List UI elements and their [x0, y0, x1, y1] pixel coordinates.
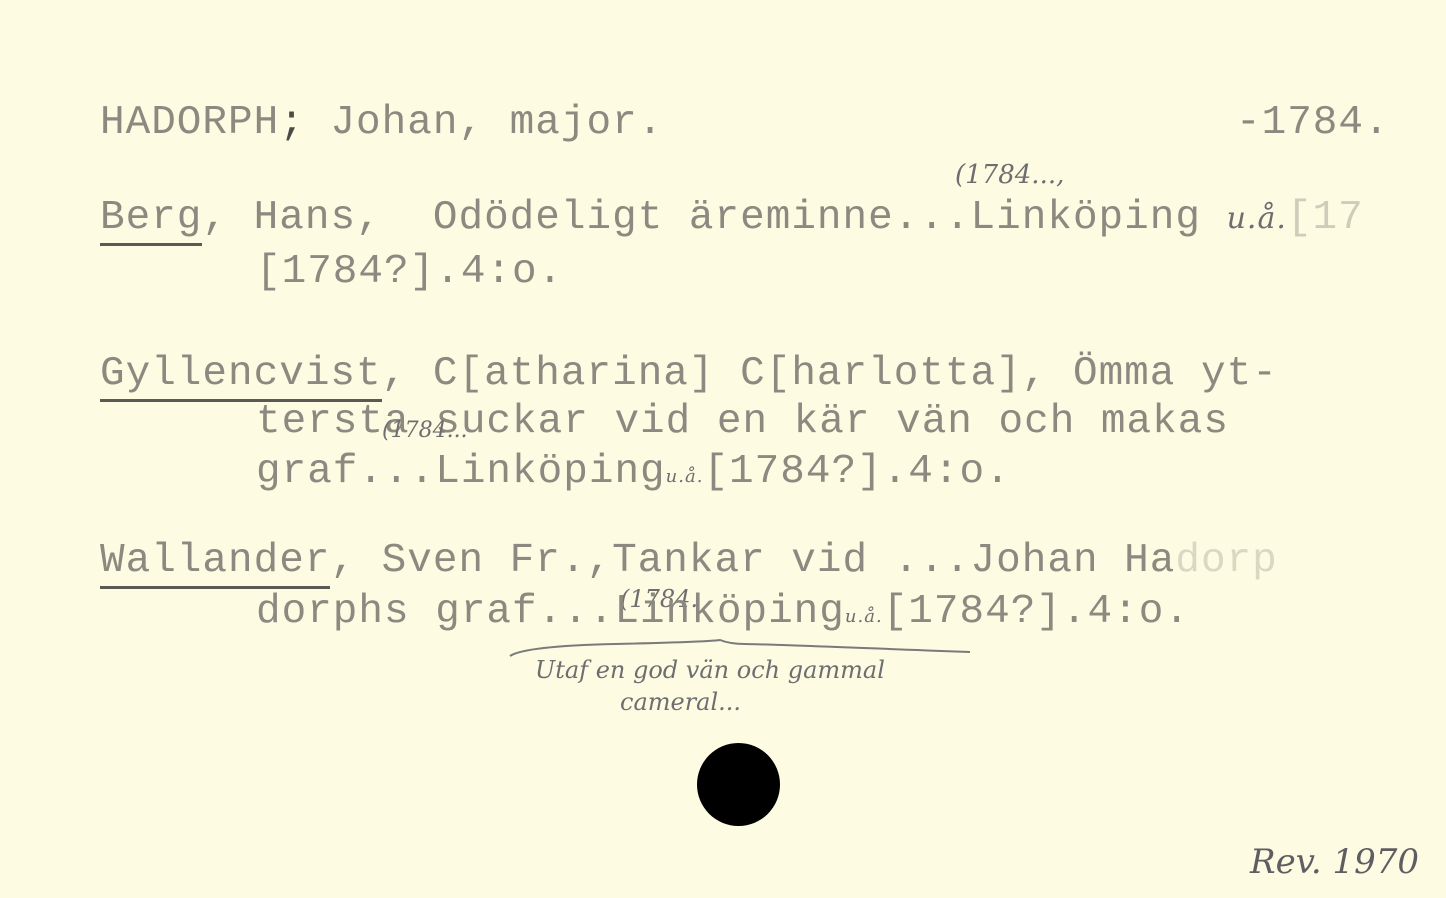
entry-2-date: [1784?].4:o. [703, 449, 1010, 495]
handwritten-note-line-2: cameral... [620, 688, 741, 716]
entry-1-line-1: Berg, Hans, Odödeligt äreminne...Linköpi… [100, 198, 1364, 239]
catalog-card: HADORPH; Johan, major. -1784. (1784..., … [0, 0, 1446, 898]
entry-2-line-3: graf...Linköpingu.å.[1784?].4:o. [256, 452, 1011, 493]
entry-1-annotation: (1784..., [955, 160, 1064, 190]
entry-2-title: , C[atharina] C[harlotta], Ömma yt- [382, 351, 1278, 397]
entry-1-tail: [17 [1287, 195, 1364, 241]
entry-2-author: Gyllencvist [100, 351, 382, 402]
entry-1-line-2: [1784?].4:o. [256, 252, 563, 293]
heading-date: -1784. [1236, 103, 1390, 144]
heading-name: HADORPH [100, 100, 279, 146]
entry-3-hand-ua: u.å. [845, 606, 883, 627]
entry-3-tail: dorp [1175, 538, 1277, 584]
entry-2-annotation: (1784... [382, 418, 468, 443]
entry-3-title: , Sven Fr.,Tankar vid ...Johan Ha [330, 538, 1175, 584]
entry-3-author: Wallander [100, 538, 330, 589]
entry-1-hand-ua: u.å. [1227, 201, 1287, 236]
heading-separator: ; [279, 100, 305, 146]
entry-2-hand-ua: u.å. [666, 466, 704, 487]
entry-3-place: dorphs graf...Linköping [256, 589, 845, 635]
punch-hole [697, 743, 780, 826]
handwritten-note-line-1: Utaf en god vän och gammal [535, 656, 885, 684]
heading-rest: Johan, major. [305, 100, 663, 146]
entry-3-date: [1784?].4:o. [883, 589, 1190, 635]
entry-2-place: graf...Linköping [256, 449, 666, 495]
entry-1-author: Berg [100, 195, 202, 246]
entry-3-line-2: dorphs graf...Linköpingu.å.[1784?].4:o. [256, 592, 1190, 633]
card-heading: HADORPH; Johan, major. [100, 103, 663, 144]
revision-note: Rev. 1970 [1250, 842, 1419, 882]
entry-3-line-1: Wallander, Sven Fr.,Tankar vid ...Johan … [100, 541, 1278, 582]
entry-1-title: , Hans, Odödeligt äreminne...Linköping [202, 195, 1201, 241]
entry-2-line-1: Gyllencvist, C[atharina] C[harlotta], Öm… [100, 354, 1278, 395]
